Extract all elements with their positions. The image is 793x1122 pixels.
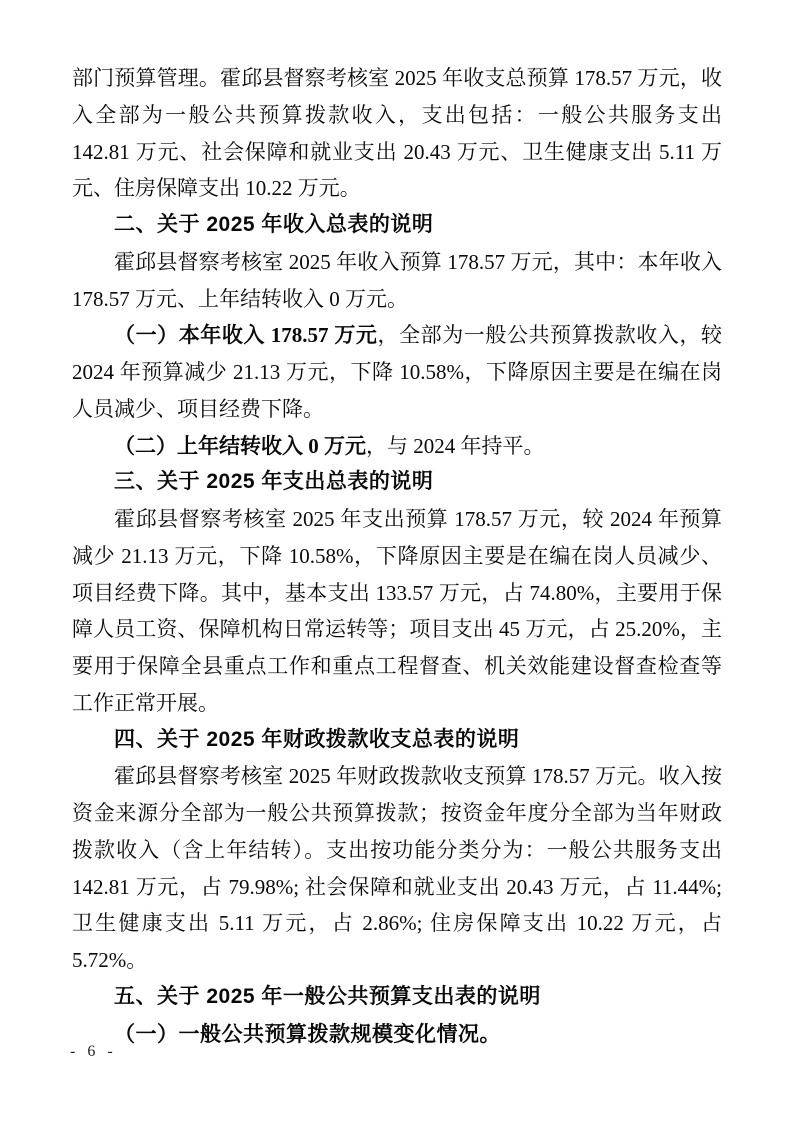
paragraph-carryover-income: （二）上年结转收入 0 万元，与 2024 年持平。 xyxy=(72,428,722,465)
paragraph-budget-overview: 部门预算管理。霍邱县督察考核室 2025 年收支总预算 178.57 万元，收入… xyxy=(72,60,722,207)
section-heading-public-budget-expenditure-table: 五、关于 2025 年一般公共预算支出表的说明 xyxy=(72,979,722,1016)
section-heading-fiscal-appropriation-table: 四、关于 2025 年财政拨款收支总表的说明 xyxy=(72,722,722,759)
paragraph-expenditure-summary: 霍邱县督察考核室 2025 年支出预算 178.57 万元，较 2024 年预算… xyxy=(72,501,722,722)
paragraph-income-summary: 霍邱县督察考核室 2025 年收入预算 178.57 万元，其中：本年收入 17… xyxy=(72,244,722,318)
paragraph-carryover-income-lead: （二）上年结转收入 0 万元 xyxy=(114,434,366,458)
section-heading-income-table: 二、关于 2025 年收入总表的说明 xyxy=(72,207,722,244)
document-page: 部门预算管理。霍邱县督察考核室 2025 年收支总预算 178.57 万元，收入… xyxy=(0,0,793,1122)
section-heading-expenditure-table: 三、关于 2025 年支出总表的说明 xyxy=(72,464,722,501)
paragraph-carryover-income-text: ，与 2024 年持平。 xyxy=(366,434,545,458)
paragraph-current-year-income: （一）本年收入 178.57 万元，全部为一般公共预算拨款收入，较 2024 年… xyxy=(72,317,722,427)
paragraph-current-year-income-lead: （一）本年收入 178.57 万元 xyxy=(114,323,378,347)
page-number: - 6 - xyxy=(70,1040,117,1064)
subsection-heading-appropriation-scale-change: （一）一般公共预算拨款规模变化情况。 xyxy=(72,1016,722,1053)
paragraph-fiscal-appropriation-summary: 霍邱县督察考核室 2025 年财政拨款收支预算 178.57 万元。收入按资金来… xyxy=(72,758,722,979)
